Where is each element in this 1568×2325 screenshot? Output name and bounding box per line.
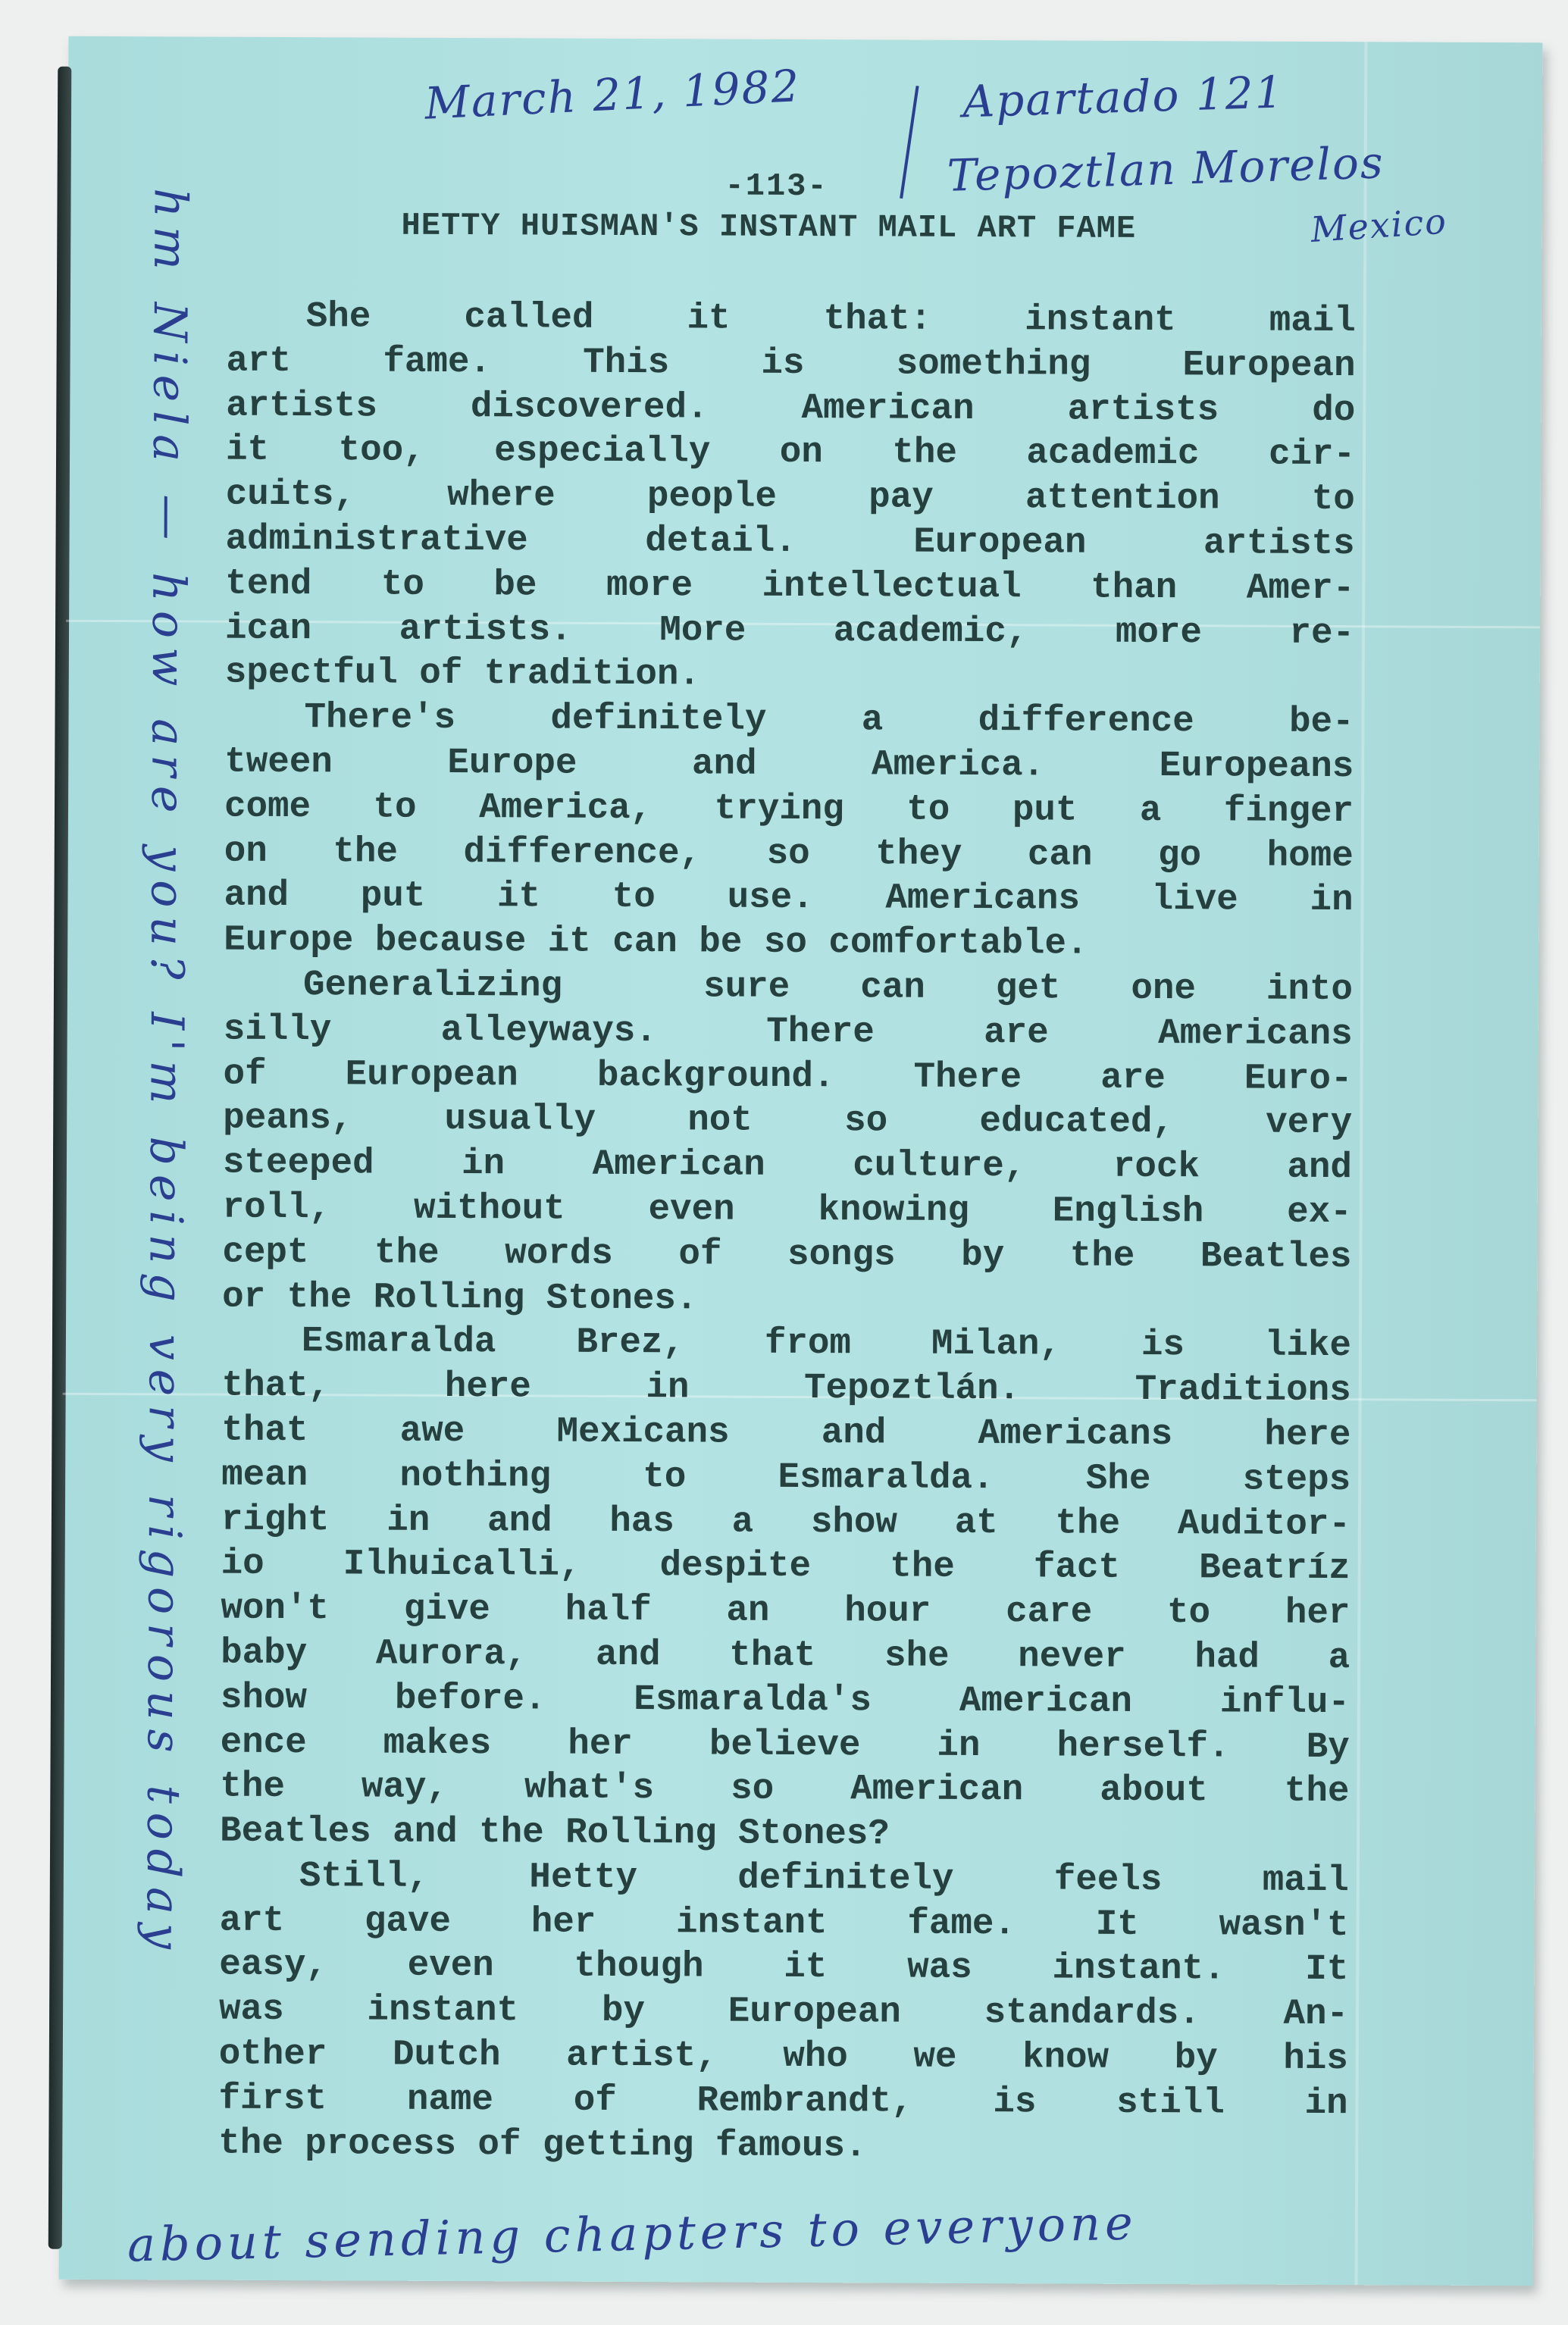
chapter-title: HETTY HUISMAN'S INSTANT MAIL ART FAME [143, 206, 1394, 248]
text-line: io Ilhuicalli, despite the fact Beatríz [221, 1542, 1350, 1591]
text-line: She called it that: instant mail [227, 295, 1356, 344]
paragraph: She called it that: instant mailart fame… [225, 295, 1394, 701]
text-line: other Dutch artist, who we know by his [219, 2032, 1348, 2082]
text-line: artists discovered. American artists do [226, 383, 1355, 433]
paragraph: There's definitely a difference be-tween… [224, 696, 1392, 968]
text-line: cuits, where people pay attention to [226, 473, 1355, 522]
text-line: was instant by European standards. An- [219, 1988, 1348, 2037]
text-line: tween Europe and America. Europeans [224, 740, 1354, 790]
paragraph: Still, Hetty definitely feels mailart ga… [218, 1854, 1387, 2171]
text-line: come to America, trying to put a finger [224, 784, 1354, 834]
text-line: ican artists. More academic, more re- [225, 606, 1354, 656]
handwritten-bottom-note: about sending chapters to everyone [127, 2195, 1138, 2273]
text-line: the process of getting famous. [218, 2121, 1347, 2170]
text-line: easy, even though it was instant. It [219, 1943, 1348, 1992]
handwritten-margin-note: hm Niela — how are you? I'm being very r… [136, 188, 196, 1958]
text-line: spectful of tradition. [225, 651, 1354, 700]
text-line: Europe because it can be so comfortable. [224, 918, 1353, 968]
text-line: and put it to use. Americans live in [224, 874, 1353, 923]
text-line: won't give half an hour care to her [221, 1587, 1350, 1636]
text-line: silly alleyways. There are Americans [224, 1007, 1353, 1056]
text-line: on the difference, so they can go home [224, 829, 1354, 878]
text-line: art gave her instant fame. It wasn't [219, 1898, 1348, 1948]
text-line: Still, Hetty definitely feels mail [220, 1854, 1349, 1904]
text-line: or the Rolling Stones. [222, 1275, 1351, 1324]
manuscript-page: March 21, 1982 Apartado 121 Tepoztlan Mo… [59, 36, 1543, 2286]
text-line: roll, without even knowing English ex- [223, 1186, 1352, 1235]
handwritten-date: March 21, 1982 [424, 60, 802, 130]
text-line: ence makes her believe in herself. By [221, 1720, 1350, 1770]
chapter-body: She called it that: instant mailart fame… [218, 295, 1394, 2171]
text-line: art fame. This is something European [226, 339, 1355, 388]
text-line: mean nothing to Esmaralda. She steps [221, 1453, 1350, 1502]
text-line: Generalizing sure can get one into [224, 963, 1353, 1012]
text-line: Beatles and the Rolling Stones? [220, 1810, 1349, 1859]
typed-text: -113- HETTY HUISMAN'S INSTANT MAIL ART F… [218, 166, 1394, 2171]
handwritten-address-line1: Apartado 121 [962, 66, 1285, 127]
text-line: steeped in American culture, rock and [223, 1141, 1352, 1191]
paragraph: Generalizing sure can get one intosilly … [222, 963, 1391, 1325]
text-line: baby Aurora, and that she never had a [221, 1632, 1350, 1681]
text-line: first name of Rembrandt, is still in [218, 2077, 1347, 2126]
text-line: of European background. There are Euro- [223, 1052, 1352, 1101]
text-line: Esmaralda Brez, from Milan, is like [222, 1319, 1351, 1369]
text-line: administrative detail. European artists [225, 518, 1354, 567]
text-line: show before. Esmaralda's American influ- [221, 1676, 1350, 1725]
text-line: peans, usually not so educated, very [223, 1097, 1352, 1146]
page-number: -113- [159, 165, 1394, 207]
text-line: tend to be more intellectual than Amer- [225, 562, 1354, 611]
text-line: that awe Mexicans and Americans here [221, 1409, 1350, 1458]
text-line: it too, especially on the academic cir- [226, 428, 1355, 477]
paragraph: Esmaralda Brez, from Milan, is likethat,… [220, 1319, 1389, 1859]
text-line: right in and has a show at the Auditor- [221, 1497, 1350, 1547]
text-line: cept the words of songs by the Beatles [222, 1230, 1351, 1279]
text-line: There's definitely a difference be- [224, 696, 1354, 745]
text-line: the way, what's so American about the [220, 1765, 1349, 1814]
text-line: that, here in Tepoztlán. Traditions [222, 1364, 1351, 1413]
